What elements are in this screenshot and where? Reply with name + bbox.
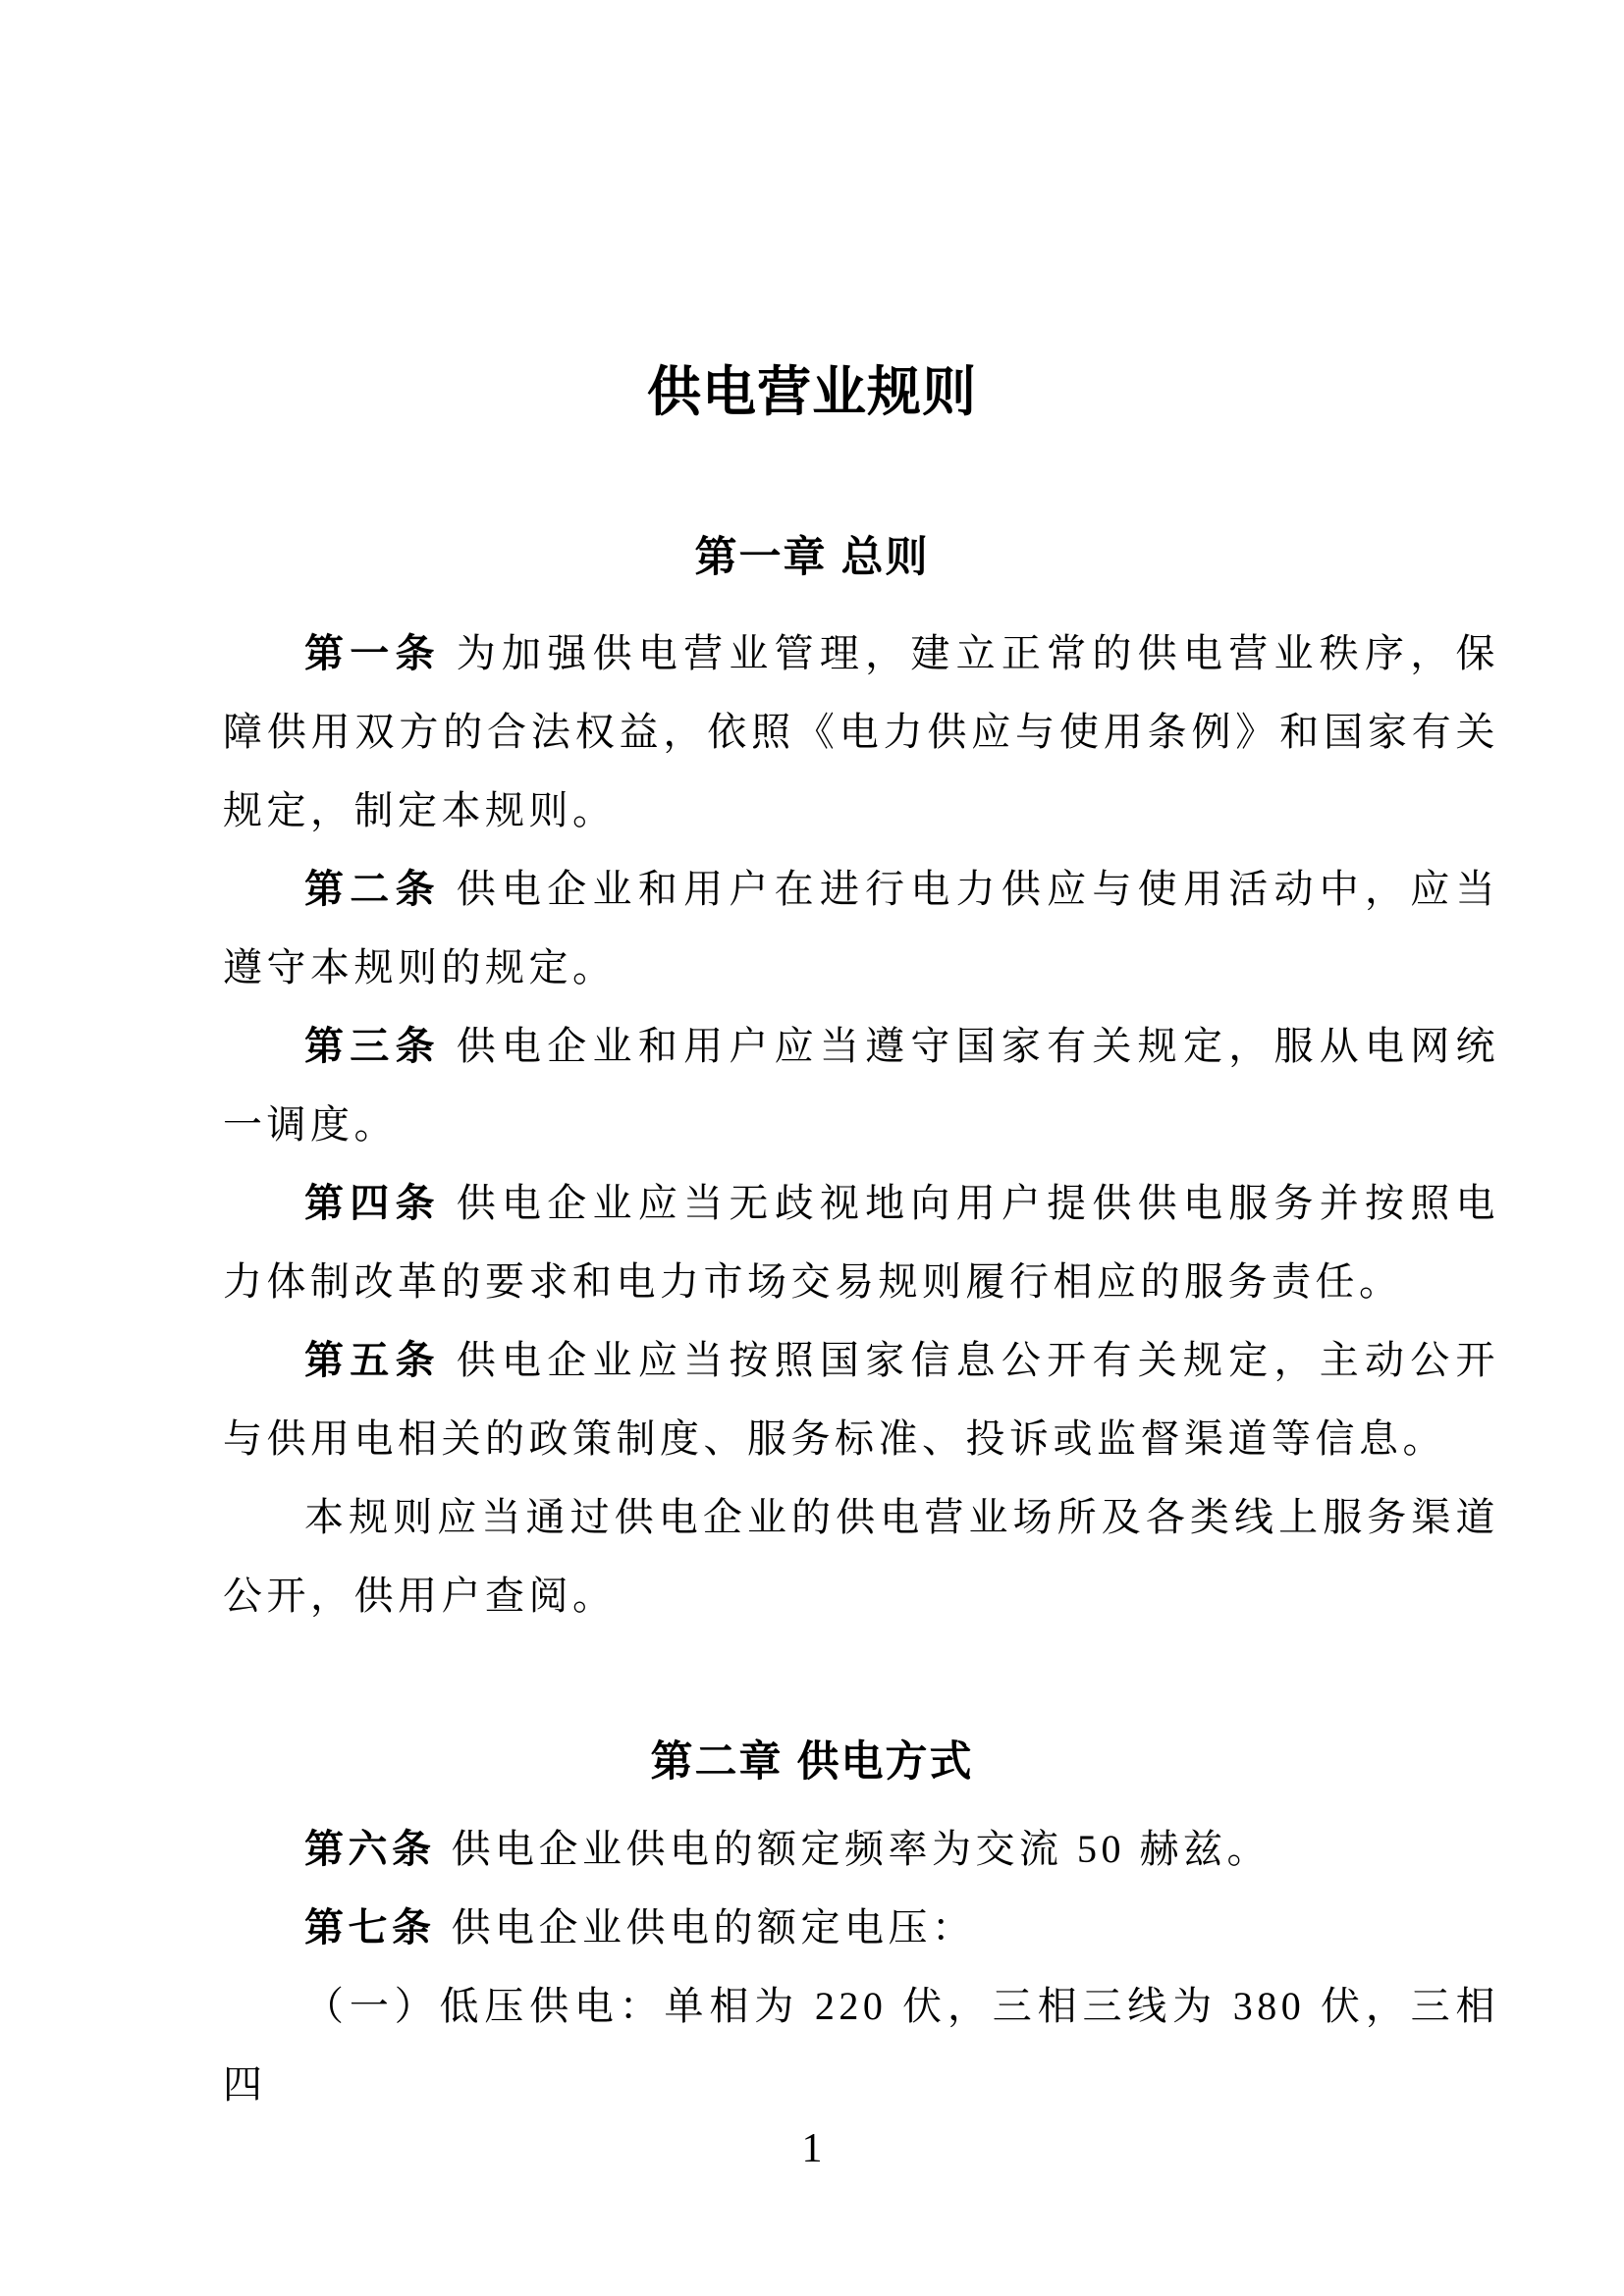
chapter-2-body: 第六条供电企业供电的额定频率为交流 50 赫兹。 第七条供电企业供电的额定电压：… bbox=[223, 1810, 1499, 2124]
article-4-label: 第四条 bbox=[304, 1182, 441, 1225]
article-7-item-1-text: （一）低压供电：单相为 220 伏，三相三线为 380 伏，三相四 bbox=[223, 1984, 1499, 2107]
chapter-2-heading: 第二章 供电方式 bbox=[0, 1739, 1624, 1785]
article-5-paragraph: 第五条供电企业应当按照国家信息公开有关规定，主动公开与供用电相关的政策制度、服务… bbox=[223, 1321, 1499, 1478]
document-page: 供电营业规则 第一章 总则 第一条为加强供电营业管理，建立正常的供电营业秩序，保… bbox=[0, 0, 1624, 2296]
page-number: 1 bbox=[0, 2126, 1624, 2171]
chapter-1-heading: 第一章 总则 bbox=[0, 535, 1624, 580]
article-3-paragraph: 第三条供电企业和用户应当遵守国家有关规定，服从电网统一调度。 bbox=[223, 1007, 1499, 1164]
article-5-label: 第五条 bbox=[304, 1339, 441, 1382]
article-6-text: 供电企业供电的额定频率为交流 50 赫兹。 bbox=[452, 1827, 1272, 1871]
article-2-paragraph: 第二条供电企业和用户在进行电力供应与使用活动中，应当遵守本规则的规定。 bbox=[223, 850, 1499, 1007]
rule-publication-paragraph: 本规则应当通过供电企业的供电营业场所及各类线上服务渠道公开，供用户查阅。 bbox=[223, 1478, 1499, 1635]
rule-publication-text: 本规则应当通过供电企业的供电营业场所及各类线上服务渠道公开，供用户查阅。 bbox=[223, 1495, 1499, 1618]
article-1-paragraph: 第一条为加强供电营业管理，建立正常的供电营业秩序，保障供用双方的合法权益，依照《… bbox=[223, 614, 1499, 850]
article-6-paragraph: 第六条供电企业供电的额定频率为交流 50 赫兹。 bbox=[223, 1810, 1499, 1889]
chapter-1-body: 第一条为加强供电营业管理，建立正常的供电营业秩序，保障供用双方的合法权益，依照《… bbox=[223, 614, 1499, 1635]
article-7-text: 供电企业供电的额定电压： bbox=[452, 1905, 976, 1949]
article-6-label: 第六条 bbox=[304, 1828, 436, 1871]
article-1-label: 第一条 bbox=[304, 632, 441, 675]
article-2-label: 第二条 bbox=[304, 868, 441, 911]
article-4-paragraph: 第四条供电企业应当无歧视地向用户提供供电服务并按照电力体制改革的要求和电力市场交… bbox=[223, 1164, 1499, 1321]
article-3-label: 第三条 bbox=[304, 1025, 441, 1068]
article-7-paragraph: 第七条供电企业供电的额定电压： bbox=[223, 1889, 1499, 1967]
document-title: 供电营业规则 bbox=[0, 361, 1624, 424]
article-7-label: 第七条 bbox=[304, 1906, 436, 1949]
article-7-item-1-paragraph: （一）低压供电：单相为 220 伏，三相三线为 380 伏，三相四 bbox=[223, 1967, 1499, 2124]
